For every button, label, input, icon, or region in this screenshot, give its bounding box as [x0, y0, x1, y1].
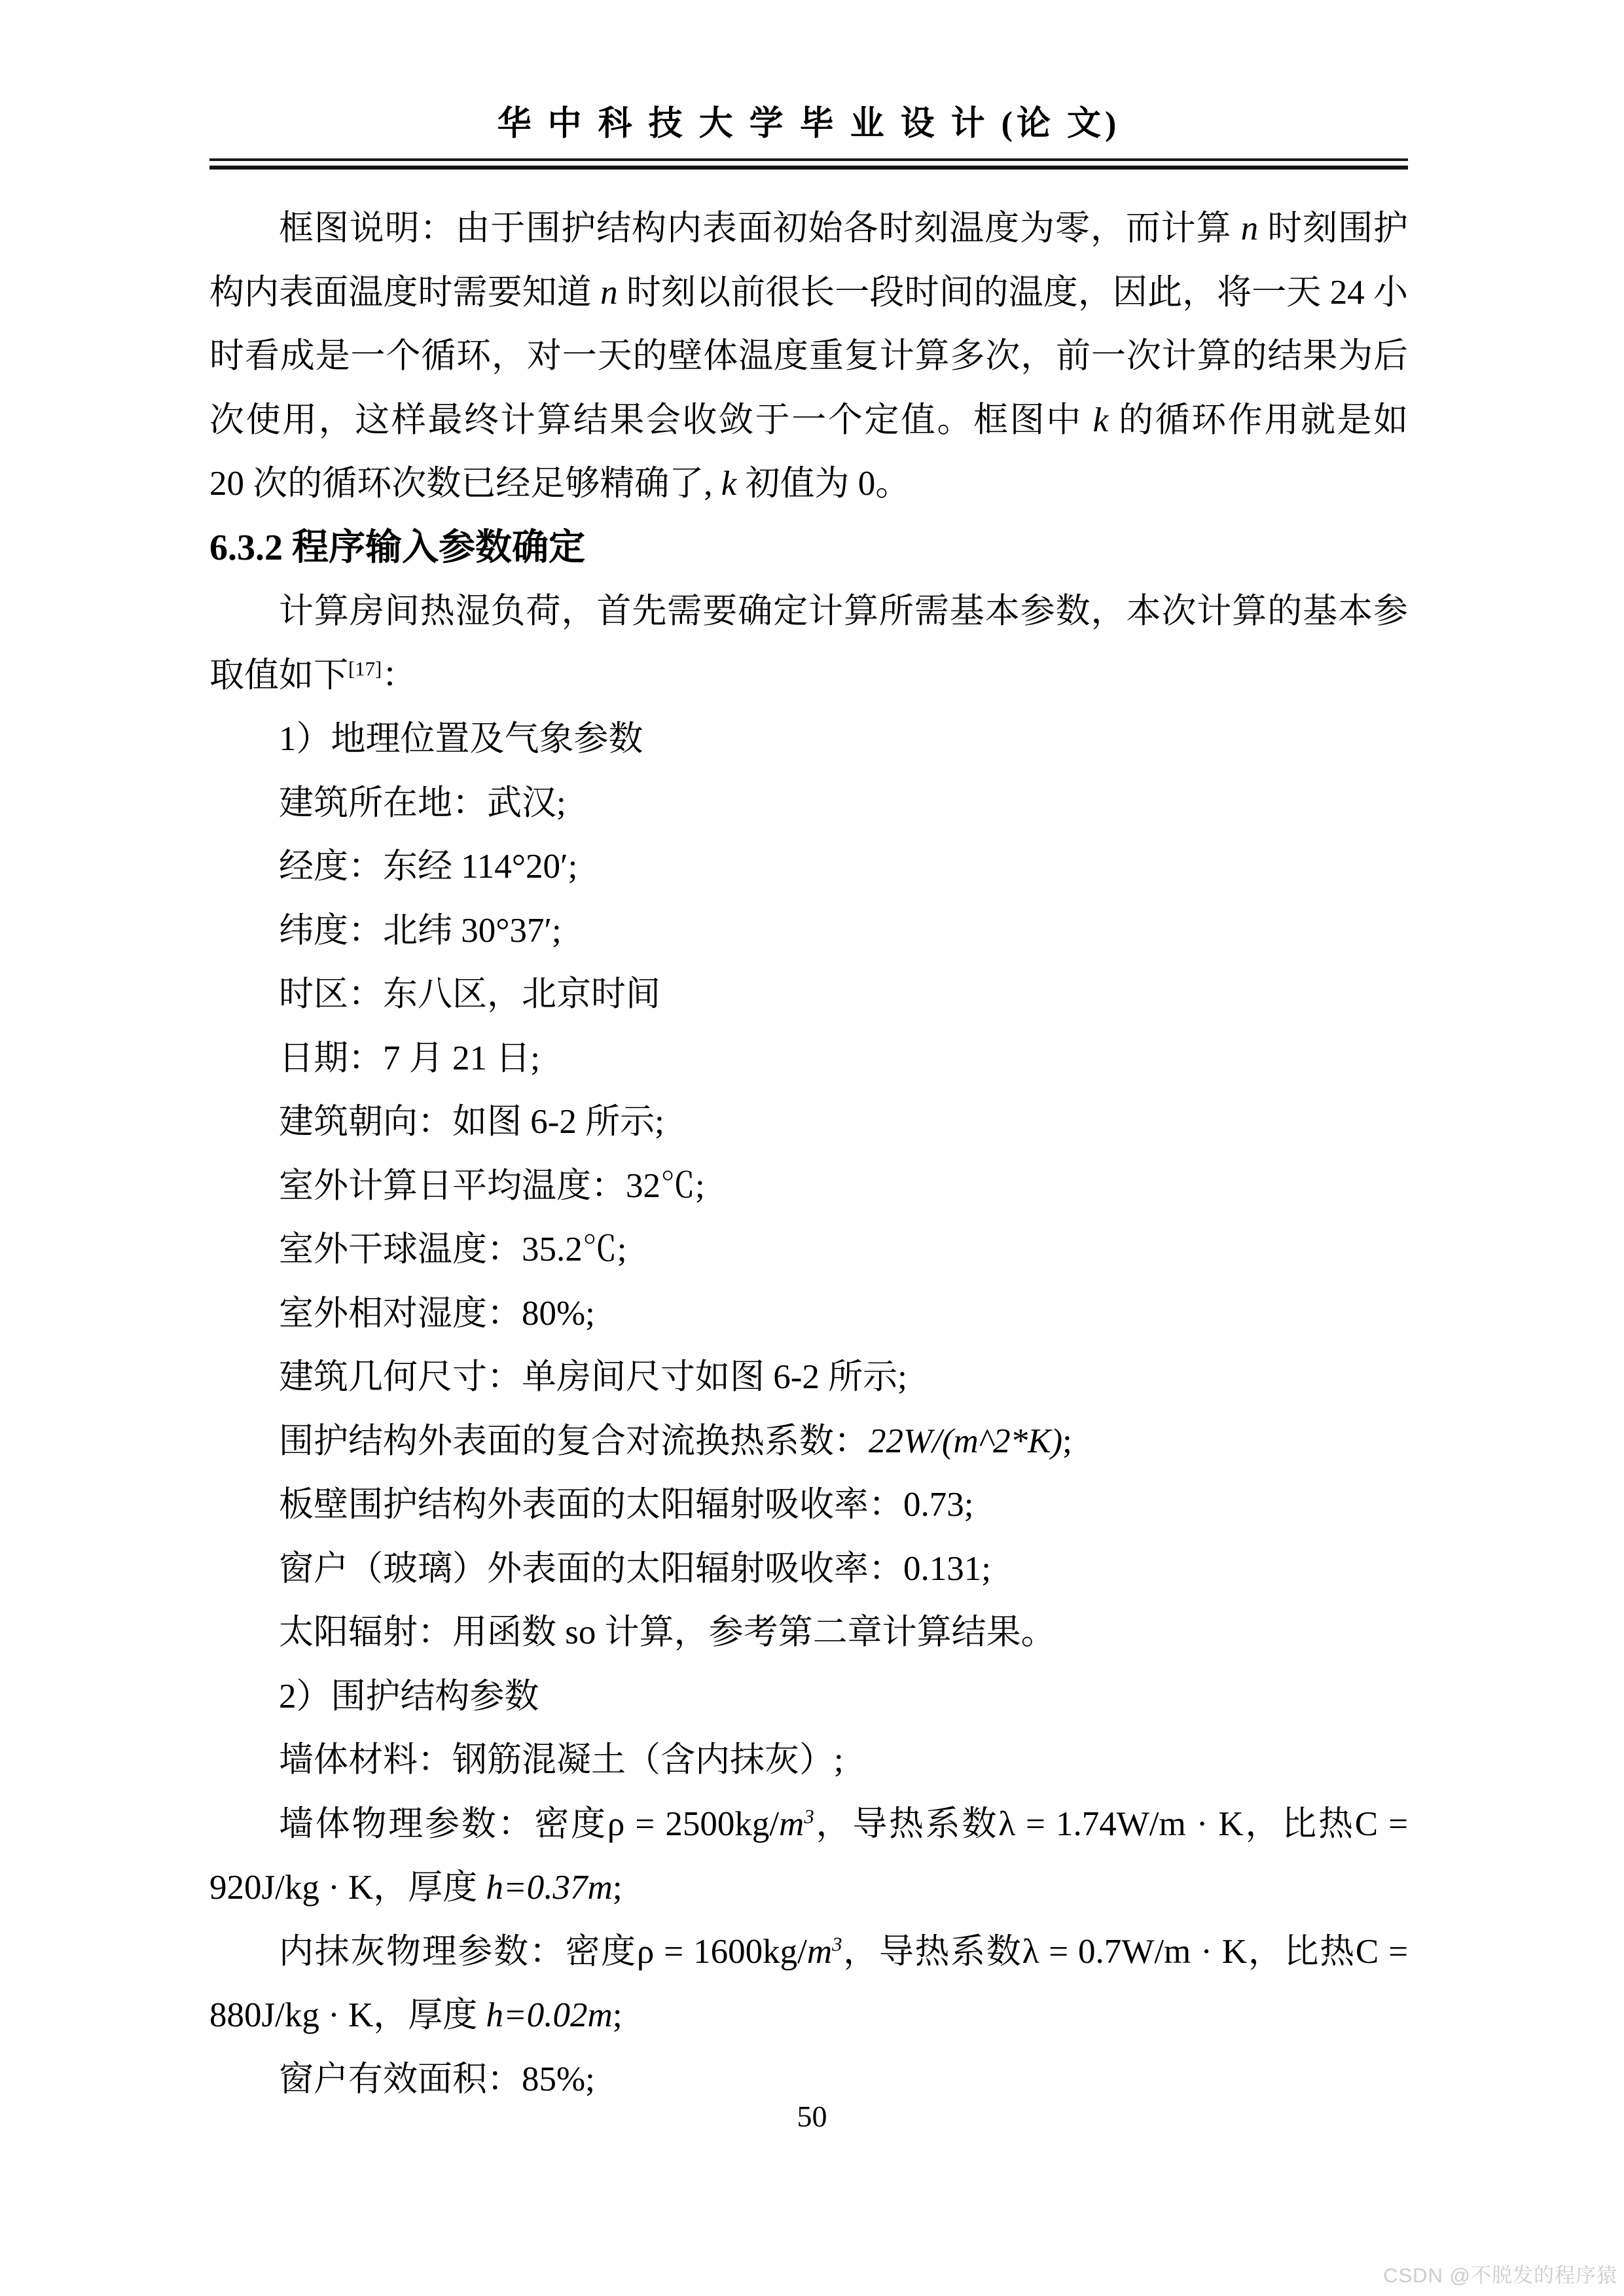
text-line: 墙体材料：钢筋混凝土（含内抹灰）;: [209, 1729, 1408, 1793]
document-body: 框图说明：由于围护结构内表面初始各时刻温度为零，而计算 n 时刻围护结构内表面温…: [209, 197, 1408, 2111]
text-line: 计算房间热湿负荷，首先需要确定计算所需基本参数，本次计算的基本参数: [209, 580, 1408, 644]
text-line: 880J/kg · K，厚度 h=0.02m;: [209, 1984, 1408, 2048]
document-page: 华 中 科 技 大 学 毕 业 设 计 (论 文) 框图说明：由于围护结构内表面…: [0, 0, 1624, 2296]
text-line: 构内表面温度时需要知道 n 时刻以前很长一段时间的温度，因此，将一天 24 小: [209, 261, 1408, 325]
text-line: 纬度：北纬 30°37′;: [209, 899, 1408, 963]
page-number: 50: [0, 2100, 1624, 2134]
text-line: 20 次的循环次数已经足够精确了, k 初值为 0。: [209, 452, 1408, 516]
text-line: 次使用，这样最终计算结果会收敛于一个定值。框图中 k 的循环作用就是如此，: [209, 389, 1408, 453]
text-line: 围护结构外表面的复合对流换热系数：22W/(m^2*K);: [209, 1410, 1408, 1474]
text-line: 窗户（玻璃）外表面的太阳辐射吸收率：0.131;: [209, 1537, 1408, 1602]
text-line: 室外干球温度：35.2℃;: [209, 1218, 1408, 1282]
text-line: 920J/kg · K，厚度 h=0.37m;: [209, 1856, 1408, 1920]
text-line: 取值如下[17]：: [209, 644, 1408, 708]
text-line: 日期：7 月 21 日;: [209, 1027, 1408, 1091]
text-line: 板壁围护结构外表面的太阳辐射吸收率：0.73;: [209, 1473, 1408, 1537]
text-line: 2）围护结构参数: [209, 1665, 1408, 1729]
text-line: 建筑几何尺寸：单房间尺寸如图 6-2 所示;: [209, 1346, 1408, 1410]
csdn-watermark: CSDN @不脱发的程序猿: [1383, 2259, 1617, 2288]
header-rule-thin: [209, 158, 1408, 161]
text-line: 室外相对湿度：80%;: [209, 1282, 1408, 1346]
text-line: 时区：东八区，北京时间: [209, 963, 1408, 1027]
section-heading: 6.3.2 程序输入参数确定: [209, 516, 1408, 581]
text-line: 建筑所在地：武汉;: [209, 772, 1408, 836]
text-line: 1）地理位置及气象参数: [209, 708, 1408, 772]
text-line: 室外计算日平均温度：32℃;: [209, 1155, 1408, 1219]
text-line: 建筑朝向：如图 6-2 所示;: [209, 1090, 1408, 1155]
text-line: 太阳辐射：用函数 so 计算，参考第二章计算结果。: [209, 1601, 1408, 1665]
text-line: 经度：东经 114°20′;: [209, 835, 1408, 899]
page-header-title: 华 中 科 技 大 学 毕 业 设 计 (论 文): [209, 103, 1408, 145]
text-line: 框图说明：由于围护结构内表面初始各时刻温度为零，而计算 n 时刻围护结: [209, 197, 1408, 261]
header-rule-thick: [209, 166, 1408, 170]
text-line: 墙体物理参数：密度ρ = 2500kg/m3，导热系数λ = 1.74W/m ·…: [209, 1793, 1408, 1857]
text-line: 内抹灰物理参数：密度ρ = 1600kg/m3，导热系数λ = 0.7W/m ·…: [209, 1920, 1408, 1984]
text-line: 时看成是一个循环，对一天的壁体温度重复计算多次，前一次计算的结果为后一: [209, 325, 1408, 389]
